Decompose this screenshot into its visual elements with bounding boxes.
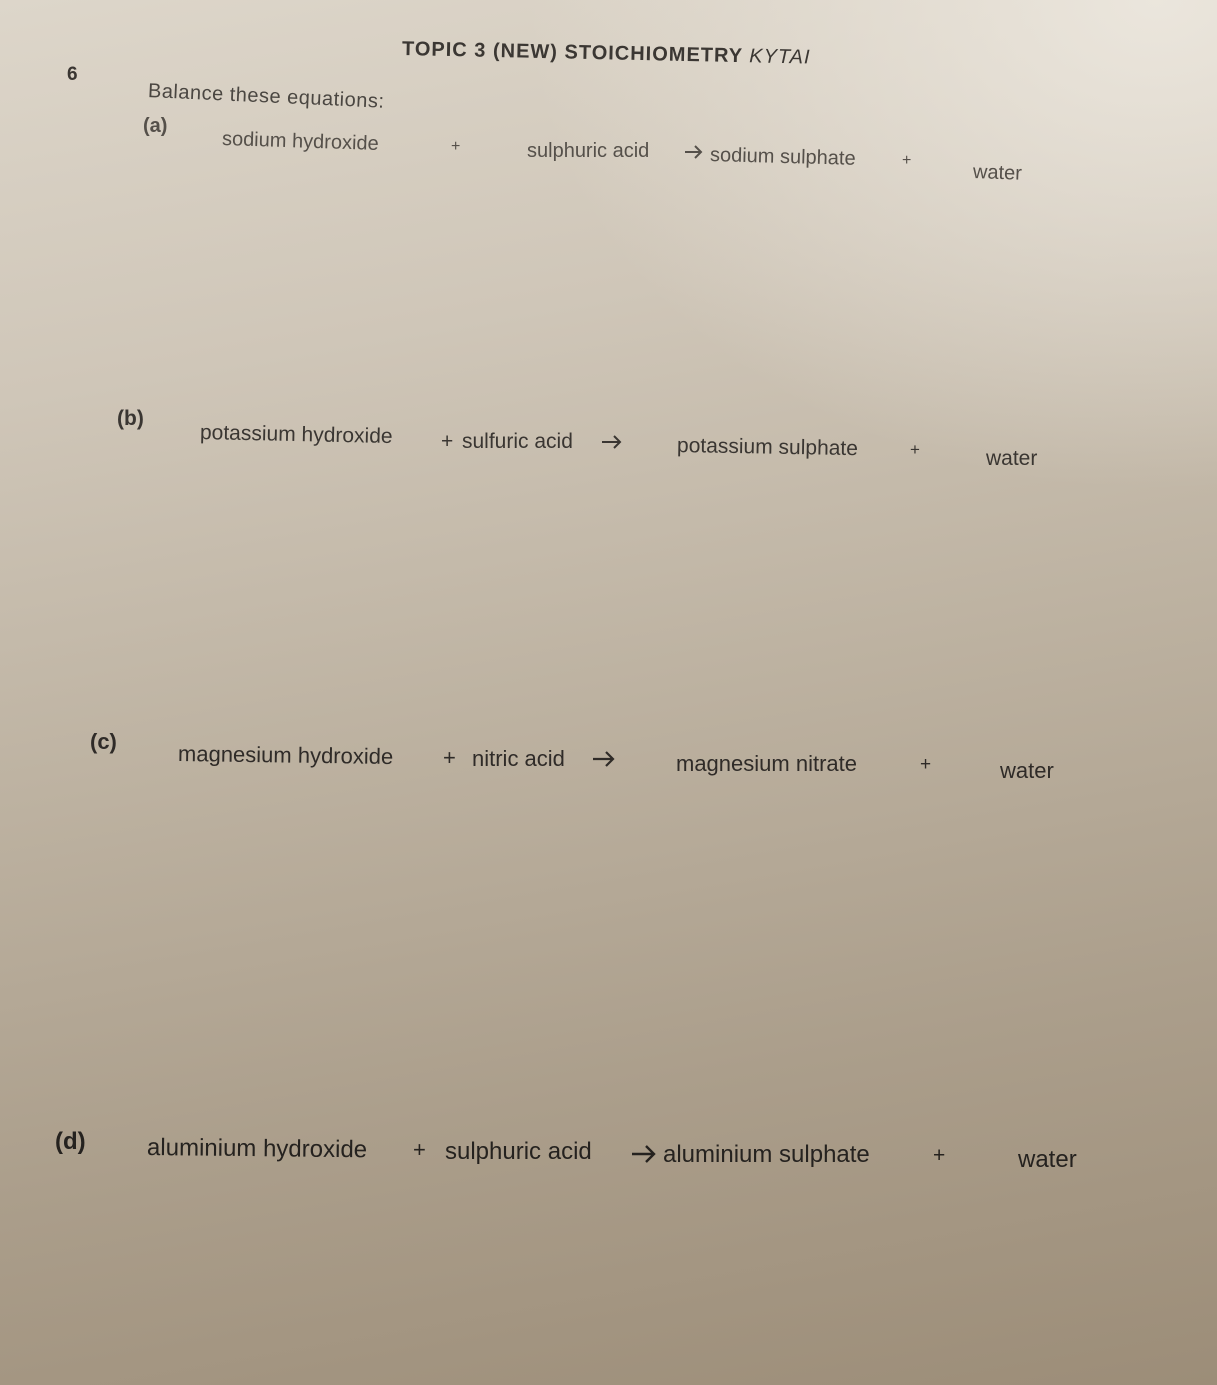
worksheet-page: TOPIC 3 (NEW) STOICHIOMETRY KYTAI 6 Bala… [0,0,1217,1385]
plus-sign: + [413,1137,426,1163]
product-2: water [1018,1146,1077,1174]
plus-sign: + [441,430,453,454]
plus-sign: + [451,138,460,156]
reactant-2: sulfuric acid [462,430,573,454]
title-author: KYTAI [749,45,811,68]
arrow-right-icon [600,430,624,454]
page-title: TOPIC 3 (NEW) STOICHIOMETRY KYTAI [402,38,811,70]
reactant-1: sodium hydroxide [222,128,379,156]
product-1: potassium sulphate [677,434,858,461]
plus-sign: + [920,754,931,776]
equation-label: (a) [143,115,167,138]
reactant-2: sulphuric acid [527,140,649,163]
product-2: water [986,447,1037,471]
product-1: sodium sulphate [710,144,856,171]
equation-label: (c) [90,729,117,755]
plus-sign: + [443,745,456,771]
plus-sign: + [910,440,920,460]
arrow-right-icon [683,141,705,163]
reactant-2: sulphuric acid [445,1138,592,1166]
reactant-1: aluminium hydroxide [147,1134,367,1164]
plus-sign: + [933,1144,945,1168]
plus-sign: + [902,152,911,170]
reactant-2: nitric acid [472,746,565,772]
product-1: magnesium nitrate [676,751,857,777]
equation-label: (b) [117,407,144,431]
reactant-1: potassium hydroxide [200,421,393,449]
arrow-right-icon [630,1140,658,1168]
question-instruction: Balance these equations: [147,80,384,114]
reactant-1: magnesium hydroxide [178,741,394,770]
equation-label: (d) [55,1128,86,1156]
product-2: water [973,161,1023,186]
question-number: 6 [67,64,78,86]
title-main: TOPIC 3 (NEW) STOICHIOMETRY [402,38,750,67]
product-2: water [1000,758,1054,784]
product-1: aluminium sulphate [663,1141,870,1169]
arrow-right-icon [591,746,617,772]
